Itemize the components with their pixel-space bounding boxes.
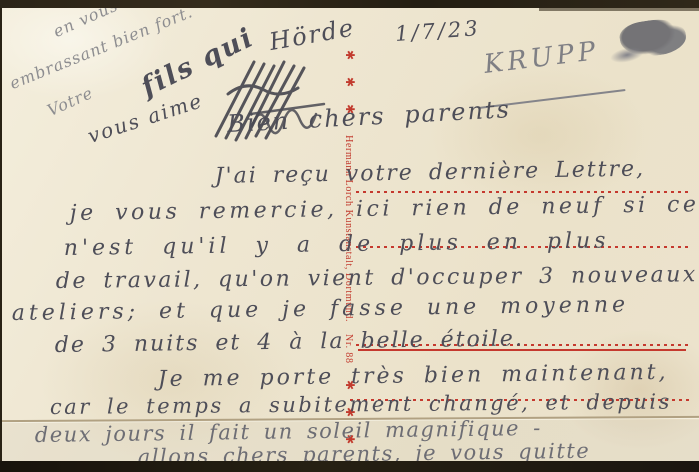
card-left-edge <box>0 8 2 461</box>
publisher-imprint-column: ✱ ✱ ✱ Hermann Lorch Kunstanstalt, Dortmu… <box>342 48 358 408</box>
closing-pencil-line-3: Votre <box>44 83 96 120</box>
message-line: de travail, qu'on vient d'occuper 3 nouv… <box>56 262 698 294</box>
postcard-back: ✱ ✱ ✱ Hermann Lorch Kunstanstalt, Dortmu… <box>0 0 699 472</box>
message-line: Je me porte très bien maintenant, <box>158 360 669 392</box>
card-top-edge <box>0 0 699 8</box>
message-line: ateliers; et que je fasse une moyenne <box>12 292 630 326</box>
message-line: de 3 nuits et 4 à la belle étoile. <box>55 326 524 358</box>
graphite-smudge <box>609 45 645 66</box>
message-line: je vous remercie, ici rien de neuf si ce <box>70 192 699 226</box>
date-note: 1/7/23 <box>394 16 481 46</box>
closing-ink-line-2: vous aime <box>85 88 207 148</box>
message-line: car le temps a subitement changé, et dep… <box>50 390 672 419</box>
message-line: n'est qu'il y a de plus en plus <box>64 228 610 261</box>
message-line: J'ai reçu votre dernière Lettre, <box>215 156 646 189</box>
krupp-pencil-note: KRUPP <box>482 36 601 80</box>
paper-stain <box>430 60 650 210</box>
card-bottom-edge <box>0 461 699 472</box>
